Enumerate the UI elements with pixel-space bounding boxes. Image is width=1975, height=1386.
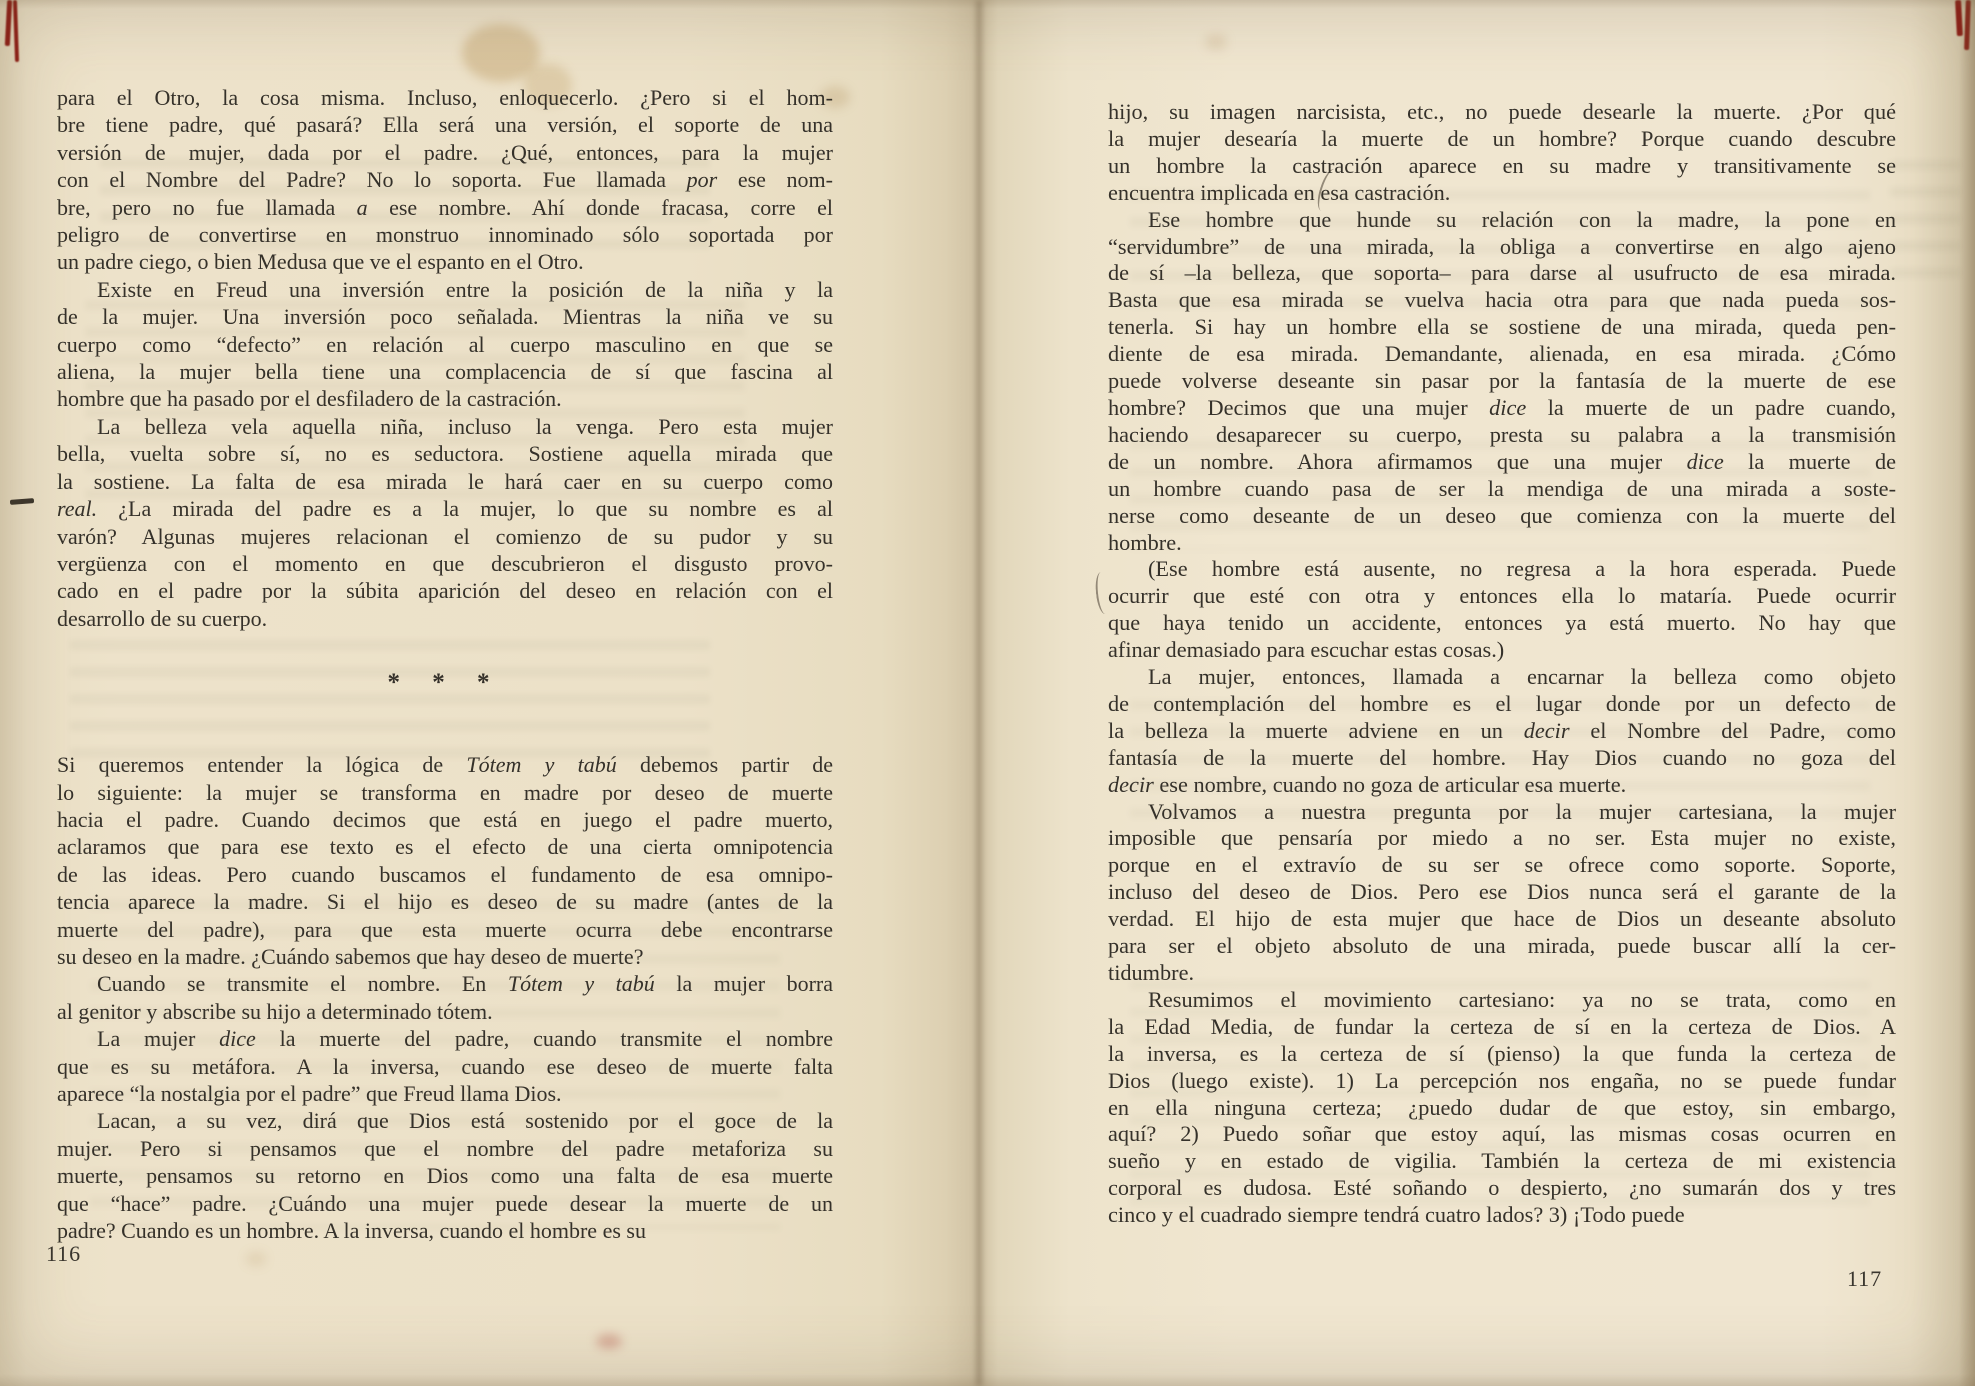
text-line: un padre ciego, o bien Medusa que ve el … (57, 248, 833, 275)
left-text-column: para el Otro, la cosa misma. Incluso, en… (57, 84, 833, 1244)
paragraph: Volvamos a nuestra pregunta por la mujer… (1108, 799, 1896, 987)
text-line: Lacan, a su vez, dirá que Dios está sost… (57, 1107, 833, 1134)
text-line: (Ese hombre está ausente, no regresa a l… (1108, 556, 1896, 583)
paragraph: Cuando se transmite el nombre. En Tótem … (57, 970, 833, 1025)
paragraph: Ese hombre que hunde su relación con la … (1108, 207, 1896, 557)
text-line: hombre. (1108, 530, 1896, 557)
section-separator: * * * (57, 669, 833, 699)
text-line: ocurrir que esté con otra y entonces ell… (1108, 583, 1896, 610)
text-line: puede volverse deseante sin pasar por la… (1108, 368, 1896, 395)
text-line: decir ese nombre, cuando no goza de arti… (1108, 772, 1896, 799)
text-line: La belleza vela aquella niña, incluso la… (57, 413, 833, 440)
paragraph: Lacan, a su vez, dirá que Dios está sost… (57, 1107, 833, 1244)
text-line: la Edad Media, de fundar la certeza de s… (1108, 1014, 1896, 1041)
text-line: aclaramos que para ese texto es el efect… (57, 833, 833, 860)
text-line: en ella ninguna certeza; ¿puedo dudar de… (1108, 1095, 1896, 1122)
text-line: versión de mujer, dada por el padre. ¿Qu… (57, 139, 833, 166)
text-line: Resumimos el movimiento cartesiano: ya n… (1108, 987, 1896, 1014)
text-line: padre? Cuando es un hombre. A la inversa… (57, 1217, 833, 1244)
page-edge-shadow-bottom (0, 1374, 1975, 1386)
text-line: nerse como deseante de un deseo que comi… (1108, 503, 1896, 530)
text-line: cado en el padre por la súbita aparición… (57, 577, 833, 604)
right-text-column: hijo, su imagen narcisista, etc., no pue… (1108, 99, 1896, 1229)
text-line: fantasía de la muerte del hombre. Hay Di… (1108, 745, 1896, 772)
text-line: hombre que ha pasado por el desfiladero … (57, 385, 833, 412)
text-line: encuentra implicada en esa castración. (1108, 180, 1896, 207)
text-line: de un nombre. Ahora afirmamos que una mu… (1108, 449, 1896, 476)
paragraph: para el Otro, la cosa misma. Incluso, en… (57, 84, 833, 276)
paragraph: Resumimos el movimiento cartesiano: ya n… (1108, 987, 1896, 1229)
paragraph: La mujer dice la muerte del padre, cuand… (57, 1025, 833, 1107)
text-line: la belleza la muerte adviene en un decir… (1108, 718, 1896, 745)
text-line: al genitor y abscribe su hijo a determin… (57, 998, 833, 1025)
text-line: aquí? 2) Puedo soñar que estoy aquí, las… (1108, 1121, 1896, 1148)
text-line: un hombre cuando pasa de ser la mendiga … (1108, 476, 1896, 503)
text-line: “servidumbre” de una mirada, la obliga a… (1108, 234, 1896, 261)
text-line: tencia aparece la madre. Si el hijo es d… (57, 888, 833, 915)
page-number-left: 116 (46, 1241, 81, 1267)
text-line: afinar demasiado para escuchar estas cos… (1108, 637, 1896, 664)
text-line: corporal es dudosa. Esté soñando o despi… (1108, 1175, 1896, 1202)
text-line: porque en el extravío de su ser se ofrec… (1108, 852, 1896, 879)
text-line: un hombre la castración aparece en su ma… (1108, 153, 1896, 180)
text-line: La mujer dice la muerte del padre, cuand… (57, 1025, 833, 1052)
text-line: aliena, la mujer bella tiene una complac… (57, 358, 833, 385)
paragraph: Existe en Freud una inversión entre la p… (57, 276, 833, 413)
text-line: Dios (luego existe). 1) La percepción no… (1108, 1068, 1896, 1095)
page-edge-shadow-right (1959, 0, 1975, 1386)
text-line: Ese hombre que hunde su relación con la … (1108, 207, 1896, 234)
text-line: mujer. Pero si pensamos que el nombre de… (57, 1135, 833, 1162)
text-line: de la mujer. Una inversión poco señalada… (57, 303, 833, 330)
text-line: Existe en Freud una inversión entre la p… (57, 276, 833, 303)
text-line: aparece “la nostalgia por el padre” que … (57, 1080, 833, 1107)
text-line: La mujer, entonces, llamada a encarnar l… (1108, 664, 1896, 691)
text-line: Basta que esa mirada se vuelva hacia otr… (1108, 287, 1896, 314)
text-line: que es su metáfora. A la inversa, cuando… (57, 1053, 833, 1080)
text-line: sueño y en estado de vigilia. También la… (1108, 1148, 1896, 1175)
page-number-right: 117 (1847, 1266, 1882, 1292)
text-line: de sí –la belleza, que soporta– para dar… (1108, 260, 1896, 287)
text-line: lo siguiente: la mujer se transforma en … (57, 779, 833, 806)
text-line: bella, vuelta sobre sí, no es seductora.… (57, 440, 833, 467)
text-line: su deseo en la madre. ¿Cuándo sabemos qu… (57, 943, 833, 970)
text-line: tidumbre. (1108, 960, 1896, 987)
text-line: la inversa, es la certeza de sí (pienso)… (1108, 1041, 1896, 1068)
gutter-shadow (976, 0, 982, 1386)
text-line: que haya tenido un accidente, entonces y… (1108, 610, 1896, 637)
text-line: varón? Algunas mujeres relacionan el com… (57, 523, 833, 550)
text-line: incluso del deseo de Dios. Pero ese Dios… (1108, 879, 1896, 906)
text-line: hijo, su imagen narcisista, etc., no pue… (1108, 99, 1896, 126)
text-line: con el Nombre del Padre? No lo soporta. … (57, 166, 833, 193)
text-line: hacia el padre. Cuando decimos que está … (57, 806, 833, 833)
text-line: real. ¿La mirada del padre es a la mujer… (57, 495, 833, 522)
text-line: cuerpo como “defecto” en relación al cue… (57, 331, 833, 358)
text-line: vergüenza con el momento en que descubri… (57, 550, 833, 577)
text-line: cinco y el cuadrado siempre tendrá cuatr… (1108, 1202, 1896, 1229)
text-line: tenerla. Si hay un hombre ella se sostie… (1108, 314, 1896, 341)
text-line: desarrollo de su cuerpo. (57, 605, 833, 632)
text-line: Si queremos entender la lógica de Tótem … (57, 751, 833, 778)
text-line: que “hace” padre. ¿Cuándo una mujer pued… (57, 1190, 833, 1217)
text-line: hombre? Decimos que una mujer dice la mu… (1108, 395, 1896, 422)
paragraph: Si queremos entender la lógica de Tótem … (57, 751, 833, 970)
text-line: imposible que pensaría por miedo a no se… (1108, 825, 1896, 852)
text-line: muerte, pensamos su retorno en Dios como… (57, 1162, 833, 1189)
paragraph: hijo, su imagen narcisista, etc., no pue… (1108, 99, 1896, 207)
text-line: peligro de convertirse en monstruo innom… (57, 221, 833, 248)
text-line: bre, pero no fue llamada a ese nombre. A… (57, 194, 833, 221)
text-line: de las ideas. Pero cuando buscamos el fu… (57, 861, 833, 888)
text-line: la mujer desearía la muerte de un hombre… (1108, 126, 1896, 153)
paragraph: (Ese hombre está ausente, no regresa a l… (1108, 556, 1896, 664)
paragraph: La belleza vela aquella niña, incluso la… (57, 413, 833, 632)
text-line: la sostiene. La falta de esa mirada le h… (57, 468, 833, 495)
text-line: verdad. El hijo de esta mujer que hace d… (1108, 906, 1896, 933)
page-edge-shadow-top (0, 0, 1975, 9)
text-line: muerte del padre), para que esta muerte … (57, 916, 833, 943)
book-spread: para el Otro, la cosa misma. Incluso, en… (0, 0, 1975, 1386)
text-line: bre tiene padre, qué pasará? Ella será u… (57, 111, 833, 138)
text-line: Cuando se transmite el nombre. En Tótem … (57, 970, 833, 997)
text-line: para el Otro, la cosa misma. Incluso, en… (57, 84, 833, 111)
text-line: para ser el objeto absoluto de una mirad… (1108, 933, 1896, 960)
paragraph: La mujer, entonces, llamada a encarnar l… (1108, 664, 1896, 799)
text-line: haciendo desaparecer su cuerpo, presta s… (1108, 422, 1896, 449)
text-line: Volvamos a nuestra pregunta por la mujer… (1108, 799, 1896, 826)
text-line: diente de esa mirada. Demandante, aliena… (1108, 341, 1896, 368)
text-line: de contemplación del hombre es el lugar … (1108, 691, 1896, 718)
